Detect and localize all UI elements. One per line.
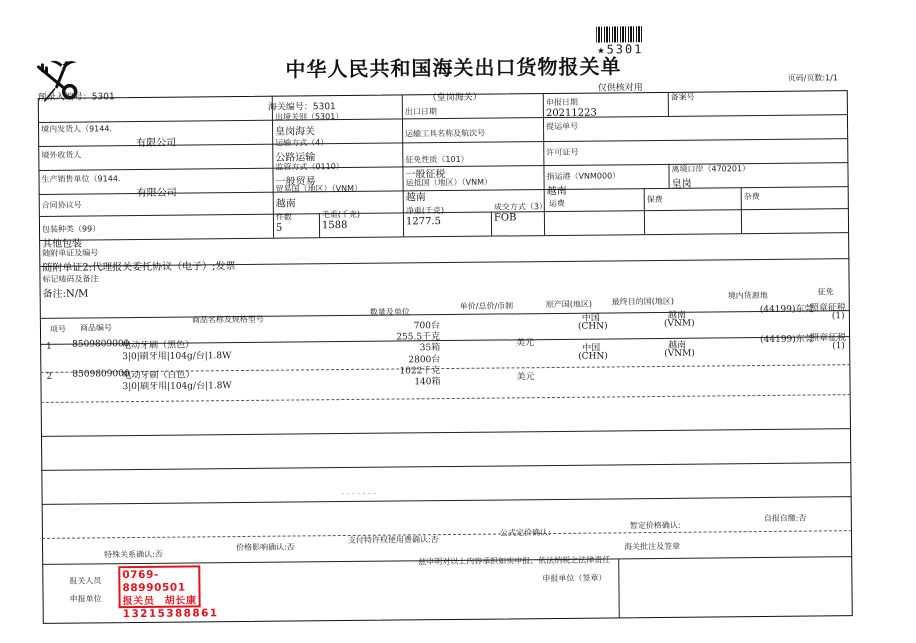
col-price-currency: 单价/总价/币制 xyxy=(460,300,513,312)
exit-customs-field: 出境关别（5301） 皇岗海关 xyxy=(275,111,344,138)
transport-mode-field: 运输方式（4） 公路运输 xyxy=(275,137,328,164)
col-tax-mode: 征免 xyxy=(818,286,834,297)
self-report-confirm: 自报自缴:否 xyxy=(764,513,807,524)
declarant-label: 报关人员 xyxy=(69,575,101,586)
col-qty-unit: 数量及单位 xyxy=(370,306,410,317)
customs-signature: 海关批注及签章 xyxy=(624,541,680,553)
price-influence-confirm: 价格影响确认:否 xyxy=(236,542,295,554)
col-domestic-source: 境内货源地 xyxy=(728,290,768,301)
col-name-spec: 商品名称及规格型号 xyxy=(192,314,264,326)
declare-date-field: 申报日期 20211223 xyxy=(546,97,597,119)
overseas-consignee-field: 境外收货人 xyxy=(41,150,81,161)
barcode-text: ★5301 xyxy=(597,42,643,56)
insurance-field: 保费 xyxy=(647,194,663,205)
provisional-price-confirm: 暂定价格确认: xyxy=(630,520,681,531)
faint-ink-mark: - - - - - - - xyxy=(342,489,376,498)
pieces-field: 件数 5 xyxy=(276,212,292,234)
exit-port-field: 离境口岸（470201） 皇岗 xyxy=(671,163,750,190)
goods-row: 2 8509809000 电动牙刷（白色） 3|0|刷牙用|104g/台|1.8… xyxy=(0,0,913,4)
goods-row: 1 8509809000 电动牙刷（黑色） 3|0|刷牙用|104g/台|1.8… xyxy=(0,0,913,4)
declarant-stamp: 0769-88990501 报关员 胡长康 13215388861 xyxy=(118,565,200,608)
formula-price-confirm: 公式定价确认: xyxy=(500,527,551,538)
declaring-unit-signature: 申报单位（签章） xyxy=(542,573,606,585)
special-relation-confirm: 特殊关系确认:否 xyxy=(104,549,163,561)
attached-docs-field: 随附单证及编号 随附单证2:代理报关委托协议（电子）;发票 xyxy=(42,246,235,274)
license-no-field: 许可证号 xyxy=(546,147,578,158)
trade-country-field: 贸易国（地区）（VNM） 越南 xyxy=(276,183,363,210)
destination-port-field: 指运港（VNM000） 越南 xyxy=(546,170,620,197)
customs-declaration-page: 中华人民共和国海关出口货物报关单 ★5301 预录入编号：5301 海关编号：5… xyxy=(0,0,916,643)
barcode xyxy=(596,26,642,42)
export-date-field: 出口日期 xyxy=(405,106,437,117)
transaction-mode-field: 成交方式（3） FOB xyxy=(494,201,547,224)
gross-weight-field: 毛重(千克) 1588 xyxy=(322,209,360,231)
page-info: 页码/页数:1/1 xyxy=(788,72,838,83)
col-final-dest: 最终目的国(地区) xyxy=(612,296,674,308)
contract-no-field: 合同协议号 xyxy=(42,200,82,211)
marks-remarks-field: 标记唛码及备注 备注:N/M xyxy=(42,273,98,300)
col-origin: 原产国(地区) xyxy=(546,299,592,310)
declaring-unit-label: 申报单位 xyxy=(70,593,102,604)
misc-fee-field: 杂费 xyxy=(744,191,760,202)
package-type-field: 包装种类（99） 其他包装 xyxy=(42,223,100,250)
legal-statement: 兹申明对以上内容承担如实申报、依法纳税之法律责任 xyxy=(418,554,610,567)
domestic-shipper-field: 境内发货人（9144. 有限公司 xyxy=(41,123,176,150)
producer-field: 生产销售单位（9144. 有限公司 xyxy=(41,173,176,200)
record-no-field: 备案号 xyxy=(671,92,695,103)
arrival-country-field: 运抵国（地区）（VNM） 越南 xyxy=(406,177,493,204)
document-title: 中华人民共和国海关出口货物报关单 xyxy=(285,50,621,82)
bill-no-field: 提运单号 xyxy=(546,121,578,132)
net-weight-field: 净重(千克) 1277.5 xyxy=(406,205,444,227)
freight-field: 运费 xyxy=(549,198,565,209)
col-item-no: 项号 xyxy=(50,324,66,335)
royalty-confirm: 支付特许权使用费确认:否 xyxy=(348,534,439,546)
transport-name-field: 运输工具名称及航次号 xyxy=(405,128,485,140)
col-hs-code: 商品编号 xyxy=(80,322,112,333)
